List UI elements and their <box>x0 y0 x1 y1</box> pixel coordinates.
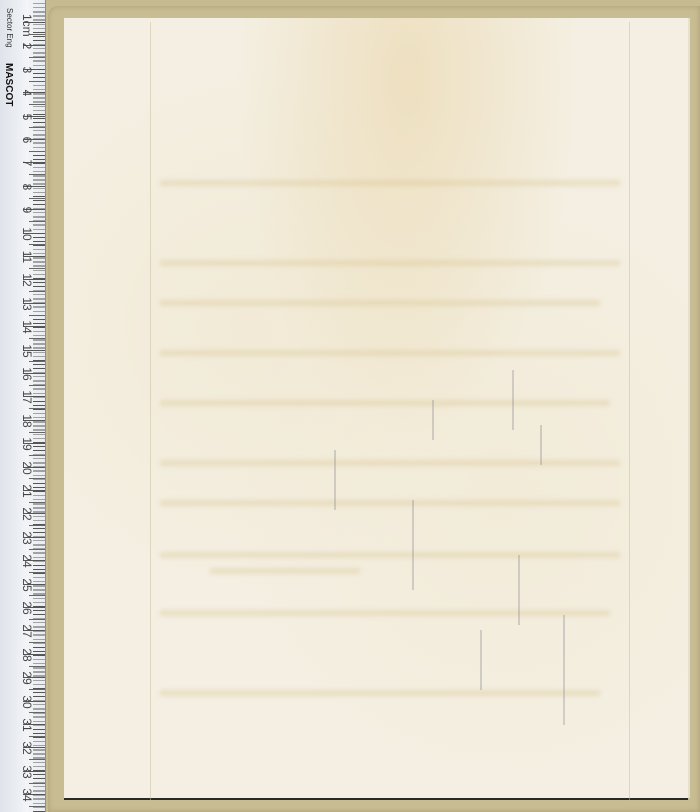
show-through-line <box>160 460 620 466</box>
ruler-half-tick <box>29 525 45 526</box>
ruler-cm-label: 2 <box>20 37 34 55</box>
ruler-cm-label: 13 <box>20 295 34 313</box>
ruler-cm-label: 6 <box>20 131 34 149</box>
ruler-half-tick <box>29 291 45 292</box>
ruler-half-tick <box>29 806 45 807</box>
ruler-half-tick <box>29 127 45 128</box>
ruler-cm-label: 4 <box>20 84 34 102</box>
show-through-line <box>160 610 610 616</box>
ruler-cm-label: 9 <box>20 201 34 219</box>
ruler-cm-label: 22 <box>20 505 34 523</box>
ruler-half-tick <box>29 81 45 82</box>
show-through-line <box>160 400 610 406</box>
ruler-half-tick <box>29 385 45 386</box>
ruler-half-tick <box>29 712 45 713</box>
ruler-half-tick <box>29 619 45 620</box>
ruler-cm-label: 27 <box>20 622 34 640</box>
ruler-side-text: Sector Eng <box>5 8 14 48</box>
ruler-cm-label: 20 <box>20 459 34 477</box>
pencil-mark <box>334 450 336 510</box>
ruler-cm-label: 11 <box>20 248 34 266</box>
ruler-cm-label: 25 <box>20 576 34 594</box>
ruler-half-tick <box>29 244 45 245</box>
ruler-cm-label: 34 <box>20 786 34 804</box>
ruler-half-tick <box>29 572 45 573</box>
ruler-cm-label: 3 <box>20 61 34 79</box>
ruler-cm-label: 5 <box>20 108 34 126</box>
show-through-line <box>160 180 620 186</box>
show-through-line <box>160 260 620 266</box>
ruler-cm-label: 15 <box>20 342 34 360</box>
ruler-cm-label: 1cm <box>20 14 34 32</box>
ruler-cm-label: 33 <box>20 763 34 781</box>
ruler-half-tick <box>29 174 45 175</box>
ruler-half-tick <box>29 666 45 667</box>
show-through-line <box>160 300 600 306</box>
ruler-cm-label: 10 <box>20 225 34 243</box>
pencil-mark <box>512 370 514 430</box>
pencil-mark <box>518 555 520 625</box>
ruler-half-tick <box>29 783 45 784</box>
ruler-half-tick <box>29 502 45 503</box>
ruler-cm-label: 29 <box>20 669 34 687</box>
ruler-half-tick <box>29 478 45 479</box>
ruler-half-tick <box>29 104 45 105</box>
ruler-half-tick <box>29 642 45 643</box>
ruler-cm-label: 16 <box>20 365 34 383</box>
ruler-half-tick <box>29 57 45 58</box>
show-through-line <box>160 350 620 356</box>
pencil-mark <box>480 630 482 690</box>
ruler-half-tick <box>29 549 45 550</box>
ruler-cm-label: 32 <box>20 739 34 757</box>
ruler-cm-label: 21 <box>20 482 34 500</box>
ruler-cm-label: 19 <box>20 435 34 453</box>
show-through-line <box>160 500 620 506</box>
ruler-cm-label: 12 <box>20 271 34 289</box>
ruler-half-tick <box>29 759 45 760</box>
ruler-half-tick <box>29 408 45 409</box>
ruler-cm-label: 30 <box>20 693 34 711</box>
ruler-cm-label: 26 <box>20 599 34 617</box>
ruler-half-tick <box>29 221 45 222</box>
ruler-mm-ticks <box>33 0 45 812</box>
ruler-cm-label: 8 <box>20 178 34 196</box>
ruler-cm-label: 24 <box>20 552 34 570</box>
ruler-cm-label: 31 <box>20 716 34 734</box>
ruler-brand: Sector Eng MASCOT <box>2 8 14 118</box>
ruler-half-tick <box>29 268 45 269</box>
cm-ruler: Sector Eng MASCOT 1cm2345678910111213141… <box>0 0 46 812</box>
ruler-half-tick <box>29 338 45 339</box>
ruler-cm-label: 18 <box>20 412 34 430</box>
ruler-cm-label: 28 <box>20 646 34 664</box>
ruler-half-tick <box>29 595 45 596</box>
ruler-half-tick <box>29 736 45 737</box>
ruler-half-tick <box>29 361 45 362</box>
ruler-half-tick <box>29 151 45 152</box>
show-through-line <box>160 552 620 558</box>
pencil-mark <box>412 500 414 590</box>
ruler-half-tick <box>29 689 45 690</box>
ruler-half-tick <box>29 432 45 433</box>
ruler-half-tick <box>29 315 45 316</box>
ruler-cm-label: 17 <box>20 388 34 406</box>
ruler-half-tick <box>29 198 45 199</box>
pencil-mark <box>432 400 434 440</box>
ruler-cm-label: 23 <box>20 529 34 547</box>
show-through-line <box>160 690 600 696</box>
pencil-mark <box>540 425 542 465</box>
ruler-cm-label: 14 <box>20 318 34 336</box>
show-through-line <box>210 568 360 574</box>
pencil-mark <box>563 615 565 725</box>
ruler-cm-label: 7 <box>20 154 34 172</box>
ruler-half-tick <box>29 455 45 456</box>
ruler-brand-text: MASCOT <box>3 63 14 106</box>
